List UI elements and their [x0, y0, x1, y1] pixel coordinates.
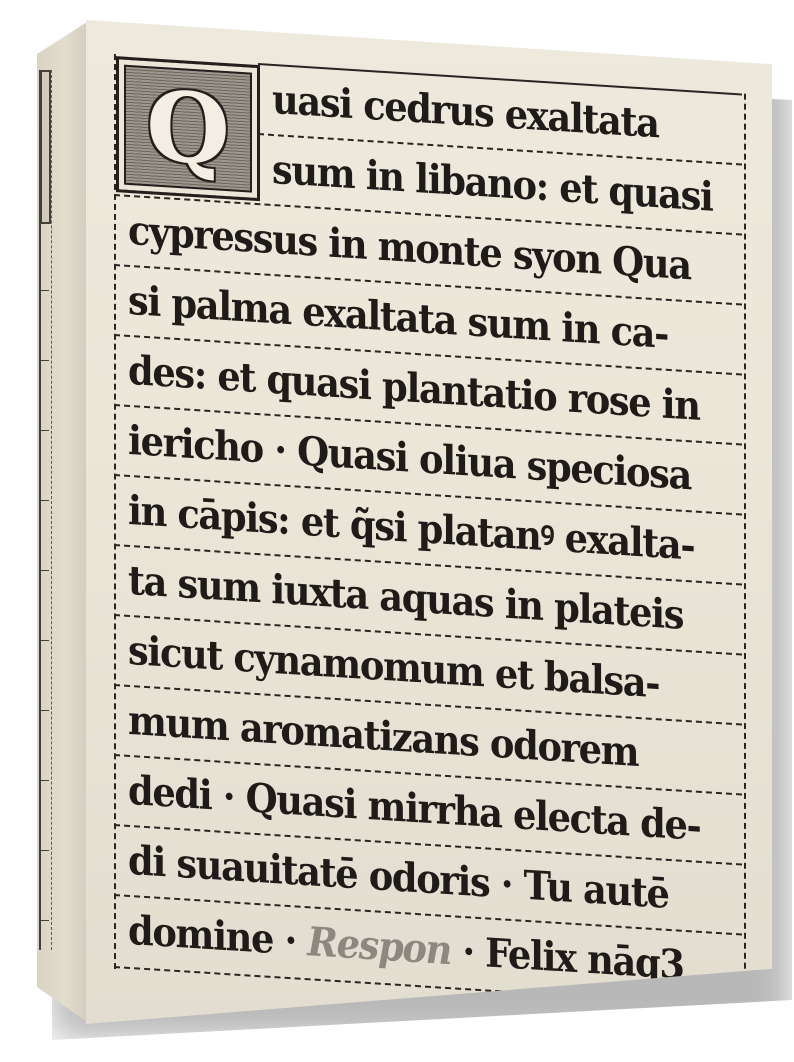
- rubric-respon: Respon: [307, 918, 450, 974]
- wrap-rule: [41, 710, 49, 711]
- manuscript-page: Q uasi cedrus exaltata sum in libano: et…: [114, 54, 746, 1009]
- final-line-before: domine ·: [128, 907, 296, 965]
- wrap-rule: [41, 920, 49, 921]
- wrap-rule: [41, 360, 49, 361]
- wrapped-edge-artwork: [39, 70, 52, 950]
- wrap-rule: [41, 850, 49, 851]
- wrap-rule: [41, 640, 49, 641]
- wrap-rule: [41, 290, 49, 291]
- decorated-initial: Q: [116, 56, 260, 201]
- wrap-rule: [41, 500, 49, 501]
- wrap-rule: [41, 780, 49, 781]
- canvas-side-edge: [37, 22, 87, 1022]
- initial-letter: Q: [146, 78, 230, 179]
- wrap-rule: [41, 570, 49, 571]
- line-text: uasi cedrus exaltata: [272, 80, 659, 144]
- canvas-front-face: Q uasi cedrus exaltata sum in libano: et…: [86, 20, 772, 1024]
- wrap-rule: [41, 430, 49, 431]
- canvas-product-scene: Q uasi cedrus exaltata sum in libano: et…: [0, 0, 794, 1062]
- wrapped-initial-border: [40, 70, 51, 224]
